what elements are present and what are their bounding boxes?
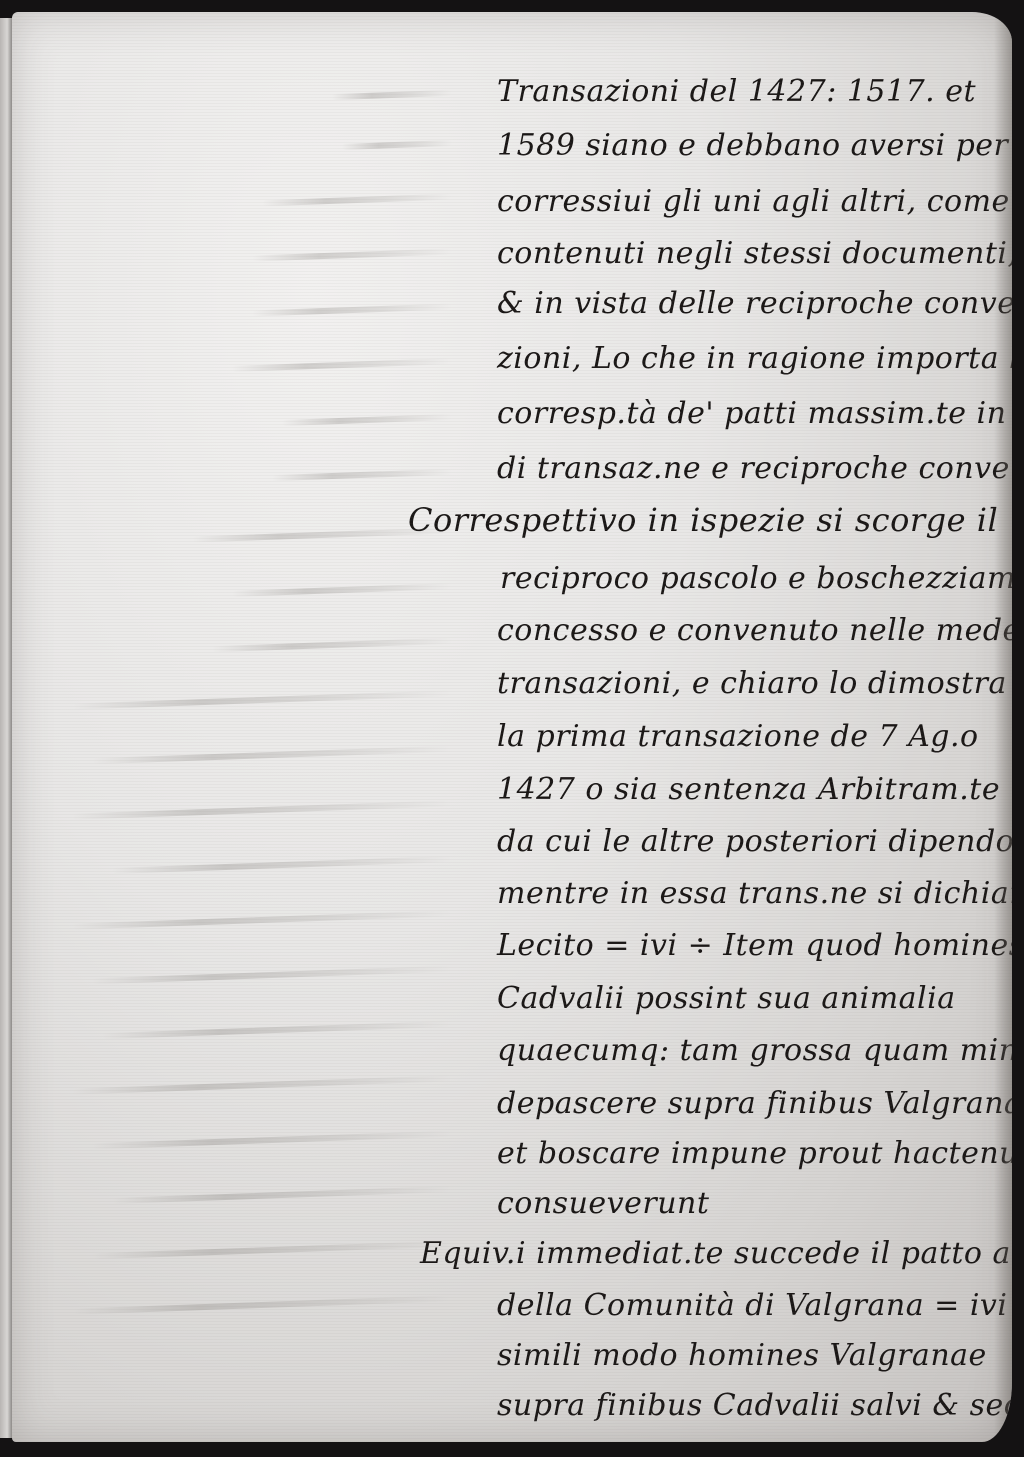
text-line: supra finibus Cadvalii salvi & secure [497, 1388, 1012, 1423]
text-line: & in vista delle reciproche conven [497, 286, 1012, 321]
text-line: Equiv.i immediat.te succede il patto a f… [420, 1236, 1012, 1271]
manuscript-page: Transazioni del 1427: 1517. et 1589 sian… [12, 12, 1012, 1442]
text-line: 1589 siano e debbano aversi per [497, 128, 1008, 163]
handwritten-text-block: Transazioni del 1427: 1517. et 1589 sian… [12, 12, 1012, 1442]
text-line: corresp.tà de' patti massim.te in mat.a [497, 396, 1012, 431]
text-line: 1427 o sia sentenza Arbitram.te [497, 772, 1000, 807]
text-line: zioni, Lo che in ragione importa la [497, 341, 1012, 376]
text-line: corressiui gli uni agli altri, come [497, 184, 1010, 219]
text-line: da cui le altre posteriori dipendono [497, 824, 1012, 859]
text-line: contenuti negli stessi documenti, [497, 236, 1012, 271]
text-line: depascere supra finibus Valgranae [497, 1086, 1012, 1121]
text-line: reciproco pascolo e boschezziamento [500, 561, 1012, 596]
text-line: quaecumq: tam grossa quam minuta [497, 1033, 1012, 1068]
text-line: transazioni, e chiaro lo dimostra [497, 666, 1007, 701]
text-line: Cadvalii possint sua animalia [497, 981, 956, 1016]
page-edge-shadow [994, 12, 1012, 1442]
text-line: Lecito = ivi ÷ Item quod homines [497, 928, 1012, 963]
text-line: consueverunt [497, 1186, 709, 1221]
text-line: la prima transazione de 7 Ag.o [497, 719, 979, 754]
text-line: della Comunità di Valgrana = ivi ÷ Et [497, 1288, 1012, 1323]
text-line: Correspettivo in ispezie si scorge il [408, 501, 998, 539]
text-line: simili modo homines Valgranae [497, 1338, 987, 1373]
text-line: concesso e convenuto nelle medes.e [497, 613, 1012, 648]
text-line: et boscare impune prout hactenus [497, 1136, 1012, 1171]
text-line: di transaz.ne e reciproche convenz.ni [497, 451, 1012, 486]
text-line: Transazioni del 1427: 1517. et [497, 74, 976, 109]
text-line: mentre in essa trans.ne si dichiara [497, 876, 1012, 911]
